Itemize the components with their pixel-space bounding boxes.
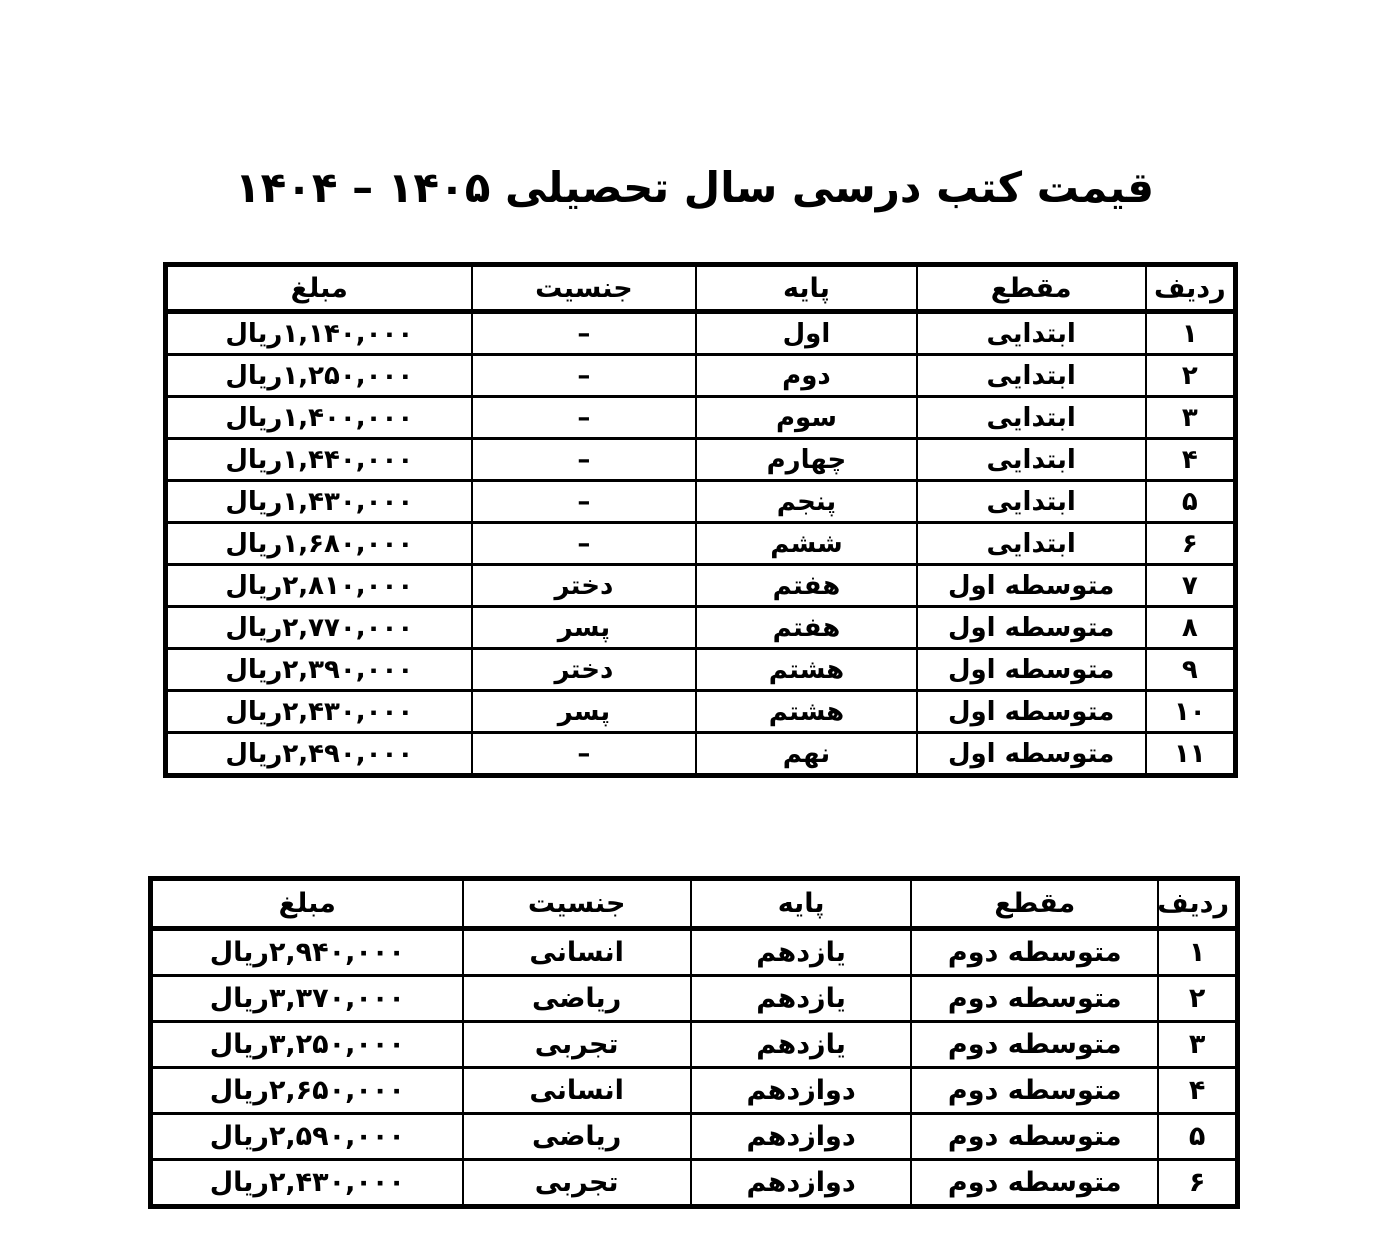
table-cell: ۱,۲۵۰,۰۰۰ریال	[166, 355, 472, 397]
table-cell: ۷	[1146, 565, 1236, 607]
table-cell: ریاضی	[463, 1114, 691, 1160]
table-cell: ۵	[1146, 481, 1236, 523]
table-row: ۴ابتداییچهارم–۱,۴۴۰,۰۰۰ریال	[166, 439, 1236, 481]
table-cell: ۲,۴۹۰,۰۰۰ریال	[166, 733, 472, 776]
table-cell: –	[472, 312, 697, 355]
table-cell: دختر	[472, 565, 697, 607]
column-header: پایه	[696, 265, 916, 312]
table-cell: ۱,۶۸۰,۰۰۰ریال	[166, 523, 472, 565]
table-cell: ۲,۶۵۰,۰۰۰ریال	[151, 1068, 463, 1114]
table-row: ۷متوسطه اولهفتمدختر۲,۸۱۰,۰۰۰ریال	[166, 565, 1236, 607]
table-cell: ۳	[1146, 397, 1236, 439]
table-row: ۱۰متوسطه اولهشتمپسر۲,۴۳۰,۰۰۰ریال	[166, 691, 1236, 733]
table-row: ۱متوسطه دومیازدهمانسانی۲,۹۴۰,۰۰۰ریال	[151, 929, 1238, 976]
table-cell: متوسطه دوم	[911, 1022, 1158, 1068]
table-cell: ۱,۴۳۰,۰۰۰ریال	[166, 481, 472, 523]
table-cell: ۲,۹۴۰,۰۰۰ریال	[151, 929, 463, 976]
table-cell: یازدهم	[691, 976, 912, 1022]
table-cell: ابتدایی	[917, 481, 1146, 523]
table-cell: تجربی	[463, 1160, 691, 1207]
table-cell: ابتدایی	[917, 312, 1146, 355]
table-cell: ۲,۴۳۰,۰۰۰ریال	[166, 691, 472, 733]
table-cell: نهم	[696, 733, 916, 776]
table-cell: دوازدهم	[691, 1160, 912, 1207]
table-cell: یازدهم	[691, 929, 912, 976]
table-cell: متوسطه دوم	[911, 1160, 1158, 1207]
column-header: ردیف	[1158, 879, 1237, 929]
column-header: مقطع	[917, 265, 1146, 312]
table-cell: –	[472, 355, 697, 397]
header-row: ردیفمقطعپایهجنسیتمبلغ	[151, 879, 1238, 929]
price-table-high-school: ردیفمقطعپایهجنسیتمبلغ۱متوسطه دومیازدهمان…	[148, 876, 1240, 1209]
header-row: ردیفمقطعپایهجنسیتمبلغ	[166, 265, 1236, 312]
table-cell: ریاضی	[463, 976, 691, 1022]
price-table-1: ردیفمقطعپایهجنسیتمبلغ۱ابتداییاول–۱,۱۴۰,۰…	[163, 262, 1238, 778]
table-cell: –	[472, 481, 697, 523]
price-table-elementary-middle: ردیفمقطعپایهجنسیتمبلغ۱ابتداییاول–۱,۱۴۰,۰…	[163, 262, 1238, 778]
table-cell: ۴	[1146, 439, 1236, 481]
table-cell: ۲,۳۹۰,۰۰۰ریال	[166, 649, 472, 691]
table-cell: پسر	[472, 691, 697, 733]
table-row: ۱۱متوسطه اولنهم–۲,۴۹۰,۰۰۰ریال	[166, 733, 1236, 776]
table-cell: ۲	[1158, 976, 1237, 1022]
column-header: ردیف	[1146, 265, 1236, 312]
table-cell: هفتم	[696, 565, 916, 607]
table-cell: انسانی	[463, 929, 691, 976]
table-cell: ۲	[1146, 355, 1236, 397]
table-cell: انسانی	[463, 1068, 691, 1114]
document-title: قیمت کتب درسی سال تحصیلی ۱۴۰۵ – ۱۴۰۴	[0, 163, 1389, 212]
table-cell: ابتدایی	[917, 397, 1146, 439]
table-cell: ۱۱	[1146, 733, 1236, 776]
table-cell: ۳	[1158, 1022, 1237, 1068]
table-cell: تجربی	[463, 1022, 691, 1068]
column-header: مبلغ	[151, 879, 463, 929]
column-header: جنسیت	[463, 879, 691, 929]
table-cell: دوم	[696, 355, 916, 397]
table-row: ۶ابتداییششم–۱,۶۸۰,۰۰۰ریال	[166, 523, 1236, 565]
table-cell: متوسطه اول	[917, 607, 1146, 649]
table-row: ۳متوسطه دومیازدهمتجربی۳,۲۵۰,۰۰۰ریال	[151, 1022, 1238, 1068]
table-row: ۶متوسطه دومدوازدهمتجربی۲,۴۳۰,۰۰۰ریال	[151, 1160, 1238, 1207]
table-cell: متوسطه دوم	[911, 976, 1158, 1022]
table-cell: متوسطه دوم	[911, 1068, 1158, 1114]
table-cell: ۳,۲۵۰,۰۰۰ریال	[151, 1022, 463, 1068]
table-cell: هشتم	[696, 649, 916, 691]
table-cell: ۲,۸۱۰,۰۰۰ریال	[166, 565, 472, 607]
table-row: ۵متوسطه دومدوازدهمریاضی۲,۵۹۰,۰۰۰ریال	[151, 1114, 1238, 1160]
table-cell: سوم	[696, 397, 916, 439]
table-cell: دوازدهم	[691, 1068, 912, 1114]
table-cell: ۹	[1146, 649, 1236, 691]
table-cell: ۳,۳۷۰,۰۰۰ریال	[151, 976, 463, 1022]
table-cell: ۲,۷۷۰,۰۰۰ریال	[166, 607, 472, 649]
document-page: قیمت کتب درسی سال تحصیلی ۱۴۰۵ – ۱۴۰۴ ردی…	[0, 0, 1389, 1259]
table-cell: هفتم	[696, 607, 916, 649]
table-cell: ۲,۵۹۰,۰۰۰ریال	[151, 1114, 463, 1160]
table-cell: متوسطه دوم	[911, 929, 1158, 976]
column-header: پایه	[691, 879, 912, 929]
table-cell: ۶	[1158, 1160, 1237, 1207]
table-row: ۴متوسطه دومدوازدهمانسانی۲,۶۵۰,۰۰۰ریال	[151, 1068, 1238, 1114]
table-cell: هشتم	[696, 691, 916, 733]
table-cell: ۶	[1146, 523, 1236, 565]
table-cell: پنجم	[696, 481, 916, 523]
table-cell: ششم	[696, 523, 916, 565]
table-cell: –	[472, 397, 697, 439]
table-cell: ۱,۱۴۰,۰۰۰ریال	[166, 312, 472, 355]
table-cell: متوسطه اول	[917, 691, 1146, 733]
table-cell: –	[472, 733, 697, 776]
price-table-2: ردیفمقطعپایهجنسیتمبلغ۱متوسطه دومیازدهمان…	[148, 876, 1240, 1209]
table-cell: متوسطه اول	[917, 565, 1146, 607]
table-cell: متوسطه اول	[917, 649, 1146, 691]
table-cell: ابتدایی	[917, 523, 1146, 565]
table-row: ۲ابتداییدوم–۱,۲۵۰,۰۰۰ریال	[166, 355, 1236, 397]
table-cell: دختر	[472, 649, 697, 691]
column-header: مقطع	[911, 879, 1158, 929]
table-cell: ۱,۴۰۰,۰۰۰ریال	[166, 397, 472, 439]
table-cell: –	[472, 439, 697, 481]
column-header: جنسیت	[472, 265, 697, 312]
table-cell: ۲,۴۳۰,۰۰۰ریال	[151, 1160, 463, 1207]
table-row: ۵ابتداییپنجم–۱,۴۳۰,۰۰۰ریال	[166, 481, 1236, 523]
table-cell: ۸	[1146, 607, 1236, 649]
table-cell: یازدهم	[691, 1022, 912, 1068]
table-cell: چهارم	[696, 439, 916, 481]
table-row: ۲متوسطه دومیازدهمریاضی۳,۳۷۰,۰۰۰ریال	[151, 976, 1238, 1022]
table-cell: ۱,۴۴۰,۰۰۰ریال	[166, 439, 472, 481]
table-cell: ابتدایی	[917, 439, 1146, 481]
table-cell: متوسطه اول	[917, 733, 1146, 776]
table-row: ۳ابتداییسوم–۱,۴۰۰,۰۰۰ریال	[166, 397, 1236, 439]
table-cell: اول	[696, 312, 916, 355]
table-cell: پسر	[472, 607, 697, 649]
table-cell: ۵	[1158, 1114, 1237, 1160]
column-header: مبلغ	[166, 265, 472, 312]
table-cell: متوسطه دوم	[911, 1114, 1158, 1160]
table-cell: ۱۰	[1146, 691, 1236, 733]
table-cell: ۱	[1146, 312, 1236, 355]
table-cell: ۴	[1158, 1068, 1237, 1114]
table-cell: –	[472, 523, 697, 565]
table-cell: دوازدهم	[691, 1114, 912, 1160]
table-cell: ابتدایی	[917, 355, 1146, 397]
table-cell: ۱	[1158, 929, 1237, 976]
table-row: ۸متوسطه اولهفتمپسر۲,۷۷۰,۰۰۰ریال	[166, 607, 1236, 649]
table-row: ۱ابتداییاول–۱,۱۴۰,۰۰۰ریال	[166, 312, 1236, 355]
table-row: ۹متوسطه اولهشتمدختر۲,۳۹۰,۰۰۰ریال	[166, 649, 1236, 691]
